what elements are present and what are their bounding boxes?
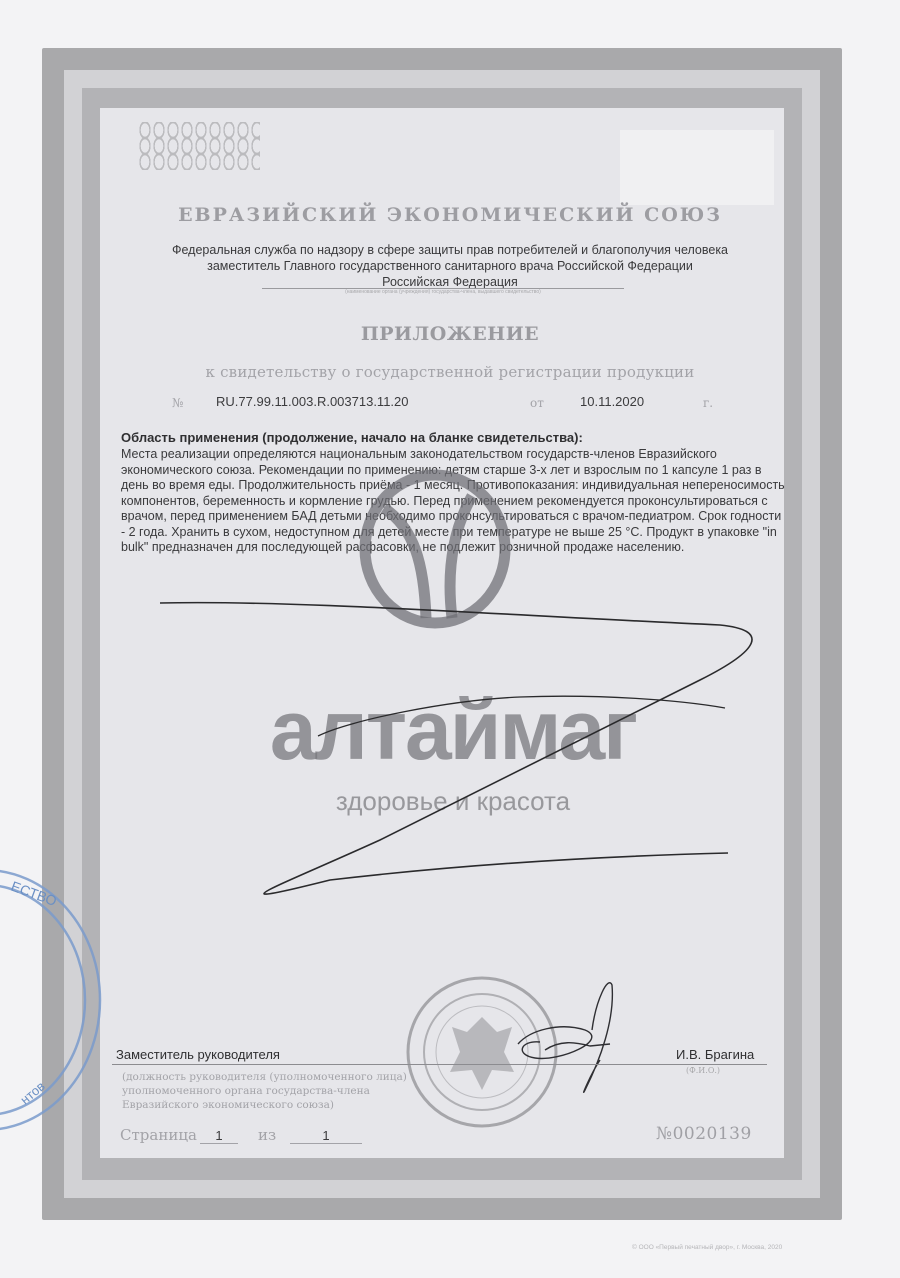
- year-suffix: г.: [703, 396, 713, 410]
- position-caption: (должность руководителя (уполномоченного…: [122, 1070, 412, 1112]
- scope-heading: Область применения (продолжение, начало …: [121, 430, 583, 445]
- appendix-title: ПРИЛОЖЕНИЕ: [100, 323, 800, 345]
- issuing-agency: Федеральная служба по надзору в сфере за…: [100, 242, 800, 290]
- from-label: от: [530, 396, 544, 410]
- page-current: 1: [200, 1128, 238, 1144]
- union-title: ЕВРАЗИЙСКИЙ ЭКОНОМИЧЕСКИЙ СОЮЗ: [100, 204, 800, 226]
- registration-date: 10.11.2020: [580, 394, 644, 409]
- blank-field-box: [620, 130, 700, 205]
- form-number: №0020139: [656, 1124, 752, 1144]
- fio-caption: (Ф.И.О.): [686, 1066, 720, 1075]
- watermark-tagline: здоровье и красота: [218, 786, 688, 817]
- printer-note: © ООО «Первый печатный двор», г. Москва,…: [632, 1244, 782, 1251]
- registration-number: RU.77.99.11.003.R.003713.11.20: [216, 394, 409, 409]
- page-label: Страница: [120, 1126, 197, 1144]
- agency-line: Федеральная служба по надзору в сфере за…: [100, 242, 800, 258]
- leaf-circle-logo-icon: [354, 468, 516, 630]
- signatory-name: И.В. Брагина: [676, 1047, 754, 1062]
- appendix-subtitle: к свидетельству о государственной регист…: [100, 363, 800, 381]
- blank-field-box: [700, 130, 774, 205]
- agency-line: заместитель Главного государственного са…: [100, 258, 800, 274]
- signature-line: [112, 1064, 767, 1065]
- page-total: 1: [290, 1128, 362, 1144]
- signatory-position: Заместитель руководителя: [116, 1047, 280, 1062]
- agency-caption: (наименование органа (учреждения) госуда…: [262, 289, 624, 295]
- number-sign: №: [172, 396, 183, 410]
- watermark-brand: алтаймаг: [218, 688, 688, 772]
- page-of-label: из: [258, 1126, 276, 1144]
- guilloche-pattern-icon: [138, 122, 260, 170]
